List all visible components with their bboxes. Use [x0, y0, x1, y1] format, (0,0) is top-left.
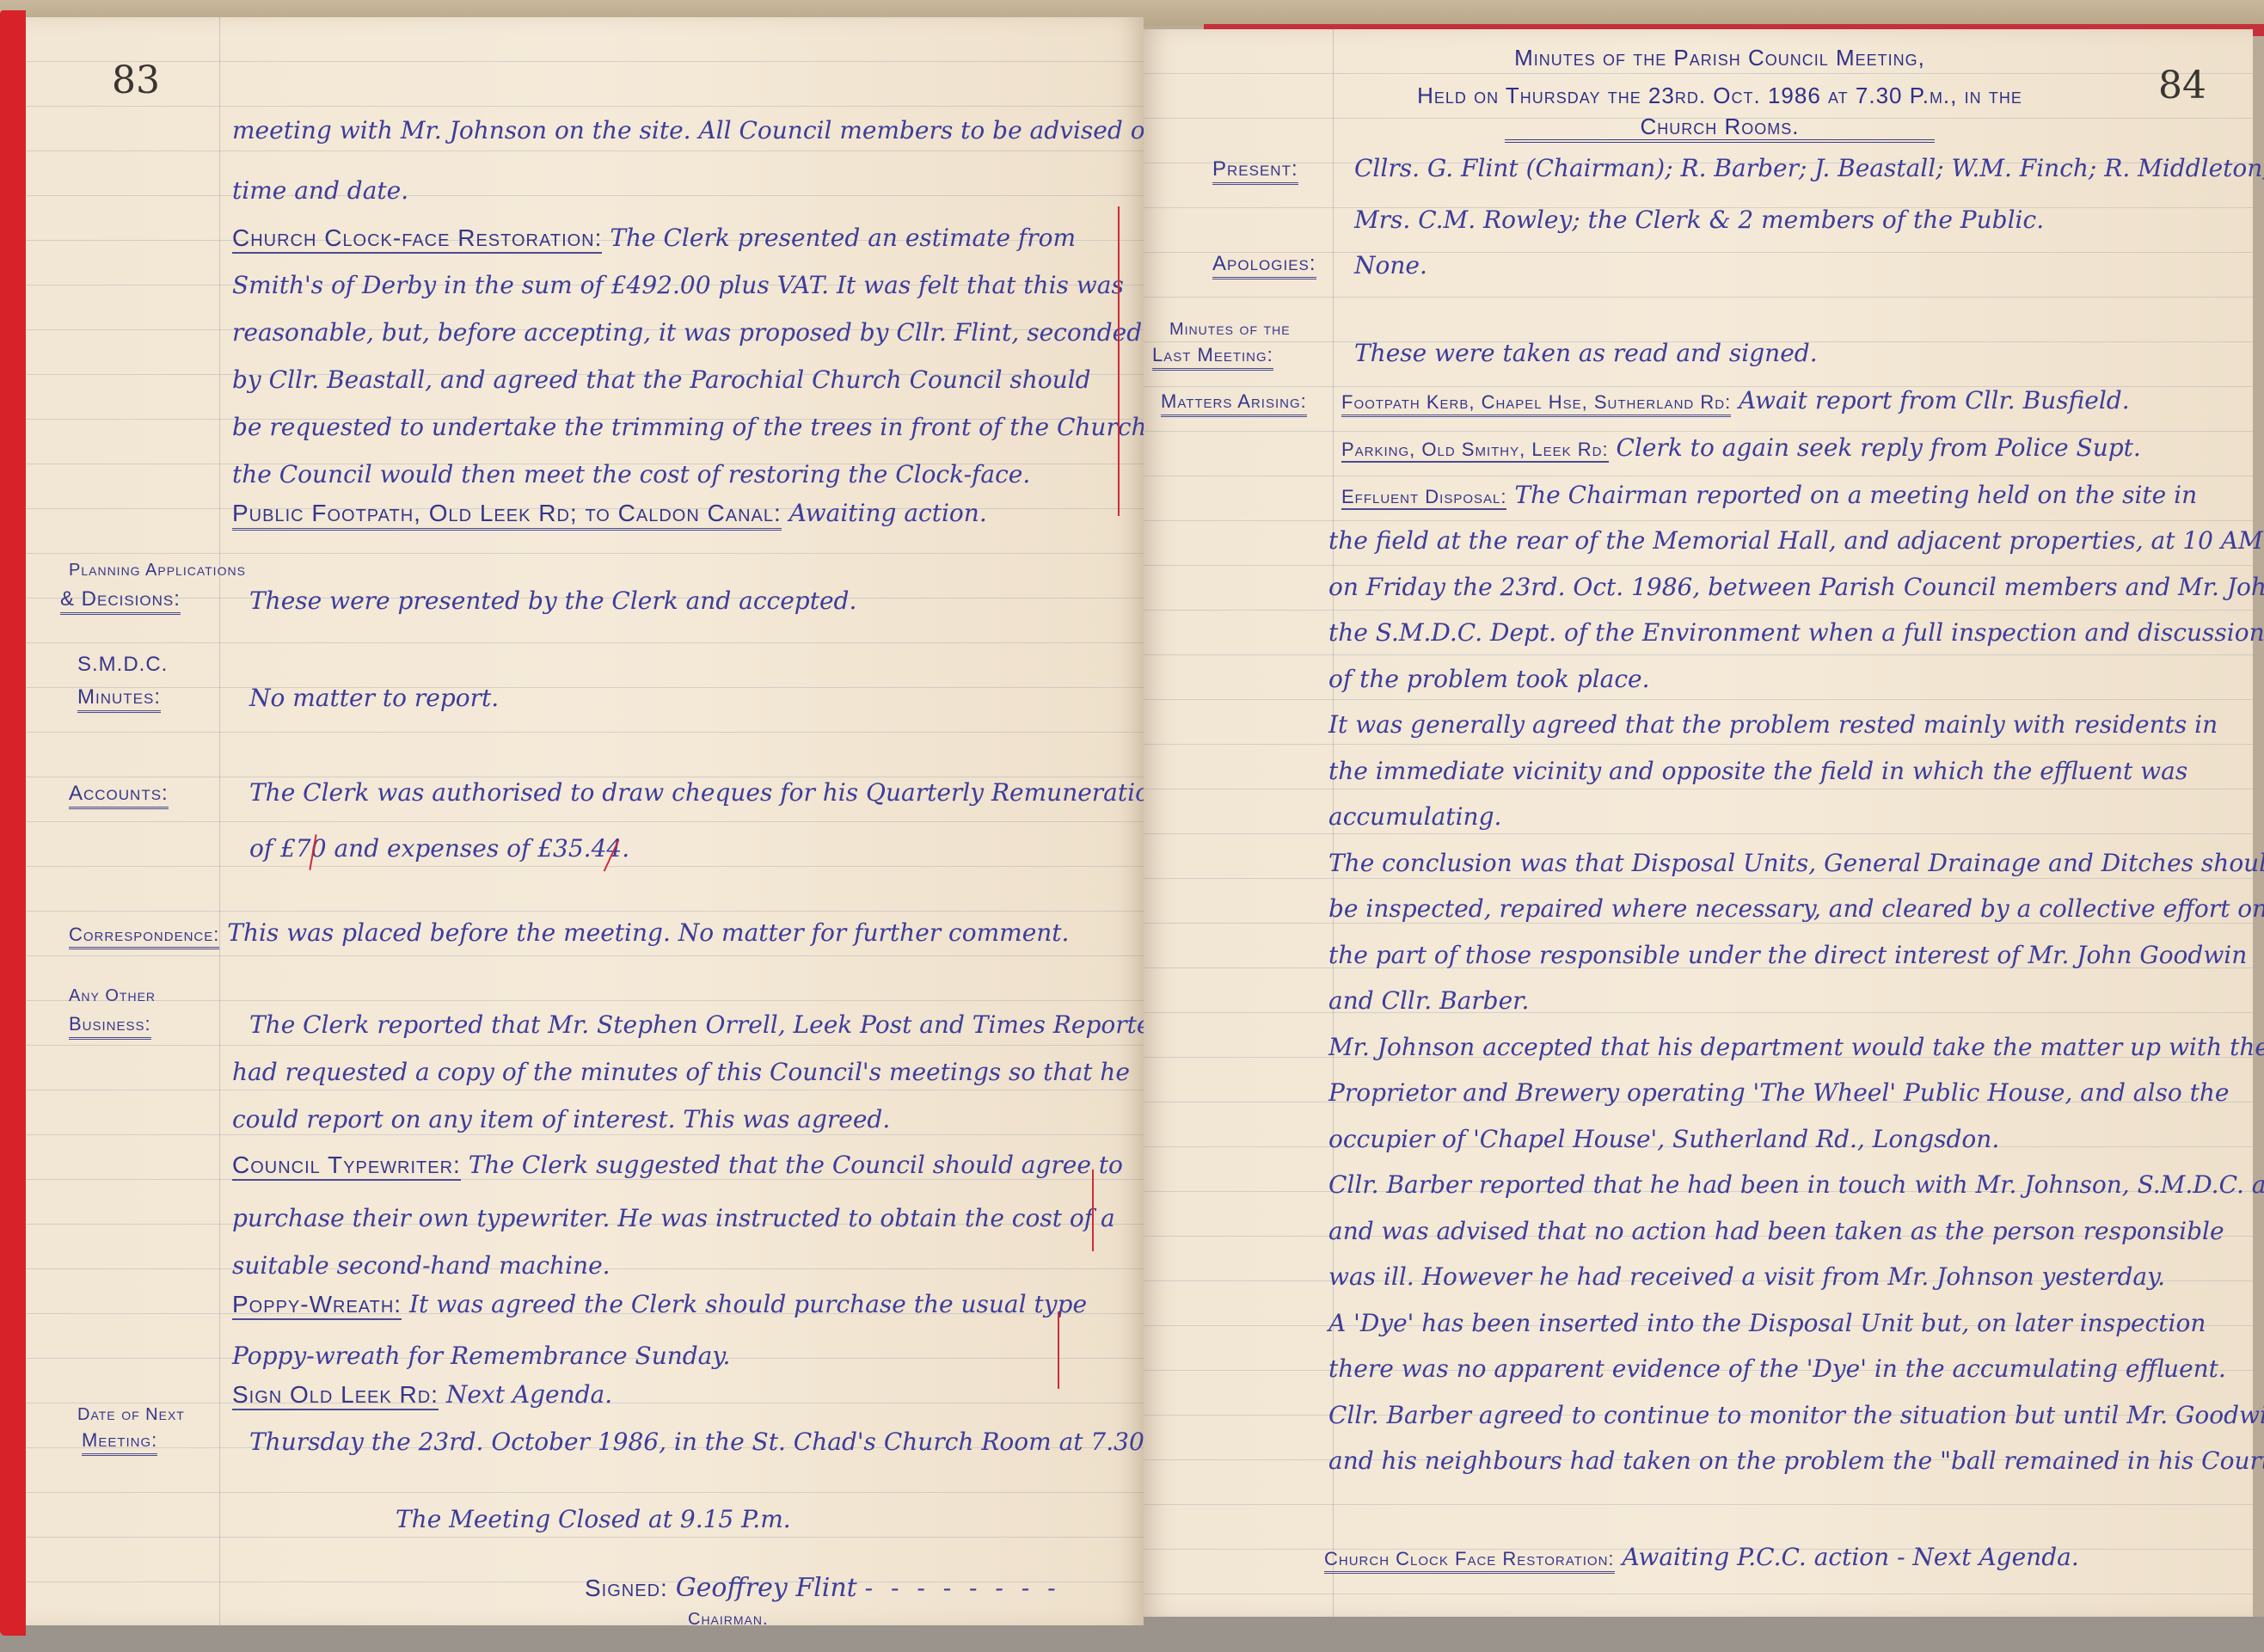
- matters-item: Parking, Old Smithy, Leek Rd: Clerk to a…: [1341, 433, 2141, 464]
- effluent-line: A 'Dye' has been inserted into the Dispo…: [1328, 1309, 2206, 1338]
- present-label: Present:: [1212, 158, 1298, 185]
- closing-line: The Meeting Closed at 9.15 P.m.: [396, 1505, 791, 1534]
- matters-item: Effluent Disposal: The Chairman reported…: [1341, 481, 2197, 512]
- effluent-line: the field at the rear of the Memorial Ha…: [1328, 526, 2264, 556]
- effluent-line: be inspected, repaired where necessary, …: [1328, 894, 2264, 924]
- effluent-line: Cllr. Barber reported that he had been i…: [1328, 1170, 2264, 1200]
- signature-block: Signed: Geoffrey Flint - - - - - - - -: [585, 1574, 1061, 1603]
- effluent-line: the S.M.D.C. Dept. of the Environment wh…: [1328, 618, 2264, 648]
- matters-item: Footpath Kerb, Chapel Hse, Sutherland Rd…: [1341, 386, 2130, 417]
- church-clock-entry: Church Clock Face Restoration: Awaiting …: [1324, 1543, 2079, 1574]
- page-number: 84: [2158, 64, 2206, 107]
- book-cover-left: [0, 10, 26, 1636]
- signature: Geoffrey Flint: [676, 1573, 857, 1603]
- left-page: 83 meeting with Mr. Johnson on the site.…: [26, 17, 1144, 1625]
- effluent-line: Cllr. Barber agreed to continue to monit…: [1328, 1401, 2264, 1430]
- effluent-line: The conclusion was that Disposal Units, …: [1328, 849, 2264, 878]
- minutes-title: Minutes of the Parish Council Meeting,: [1419, 45, 2021, 71]
- smdc-label: Minutes:: [77, 686, 161, 713]
- church-clock-entry: Church Clock-face Restoration: The Clerk…: [232, 224, 1076, 253]
- red-margin-mark: [1118, 206, 1120, 516]
- public-footpath-entry: Public Footpath, Old Leek Rd; to Caldon …: [232, 499, 987, 528]
- church-clock-heading: Church Clock-face Restoration:: [232, 224, 602, 254]
- planning-label: & Decisions:: [60, 588, 181, 615]
- effluent-line: of the problem took place.: [1328, 665, 1650, 694]
- next-meeting-label: Meeting:: [82, 1429, 157, 1456]
- effluent-line: and was advised that no action had been …: [1328, 1217, 2224, 1246]
- poppy-wreath-entry: Poppy-Wreath: It was agreed the Clerk sh…: [232, 1290, 1087, 1319]
- red-margin-mark: [1092, 1170, 1094, 1251]
- effluent-line: and Cllr. Barber.: [1328, 986, 1529, 1016]
- effluent-line: the immediate vicinity and opposite the …: [1328, 757, 2187, 786]
- effluent-line: there was no apparent evidence of the 'D…: [1328, 1354, 2226, 1384]
- effluent-line: was ill. However he had received a visit…: [1328, 1262, 2165, 1292]
- right-page: 84 Minutes of the Parish Council Meeting…: [1144, 29, 2253, 1617]
- effluent-line: Proprietor and Brewery operating 'The Wh…: [1328, 1078, 2229, 1108]
- aob-label: Business:: [69, 1013, 151, 1040]
- effluent-line: It was generally agreed that the problem…: [1328, 710, 2218, 740]
- effluent-line: accumulating.: [1328, 802, 1501, 832]
- typewriter-entry: Council Typewriter: The Clerk suggested …: [232, 1151, 1123, 1180]
- effluent-line: on Friday the 23rd. Oct. 1986, between P…: [1328, 573, 2264, 602]
- red-margin-mark: [1058, 1311, 1059, 1389]
- effluent-line: the part of those responsible under the …: [1328, 941, 2247, 970]
- continuation-line: meeting with Mr. Johnson on the site. Al…: [232, 116, 1201, 145]
- last-meeting-label: Last Meeting:: [1152, 344, 1273, 371]
- correspondence-entry: Correspondence: This was placed before t…: [69, 918, 1069, 949]
- effluent-line: Mr. Johnson accepted that his department…: [1328, 1033, 2264, 1062]
- margin-rule: [219, 17, 220, 1625]
- effluent-line: and his neighbours had taken on the prob…: [1328, 1446, 2264, 1476]
- chairman-label: Chairman.: [688, 1608, 769, 1631]
- continuation-line: time and date.: [232, 176, 408, 206]
- page-number: 83: [112, 58, 160, 102]
- effluent-line: occupier of 'Chapel House', Sutherland R…: [1328, 1125, 1999, 1154]
- accounts-label: Accounts:: [69, 783, 169, 809]
- matters-arising-label: Matters Arising:: [1161, 390, 1307, 417]
- apologies-label: Apologies:: [1212, 253, 1316, 279]
- sign-entry: Sign Old Leek Rd: Next Agenda.: [232, 1380, 612, 1409]
